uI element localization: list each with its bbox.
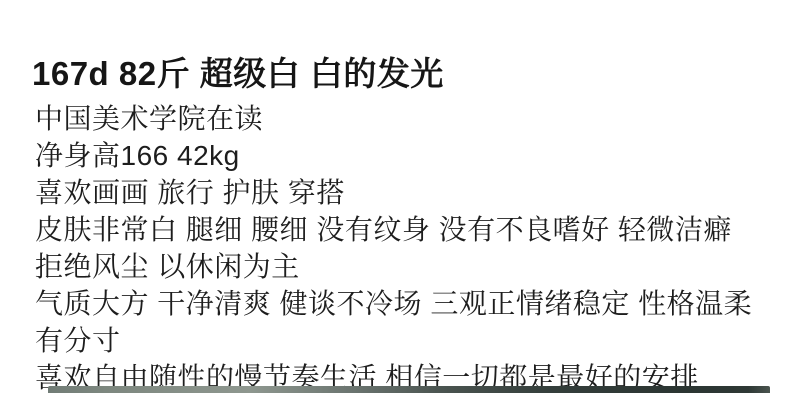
body-line: 中国美术学院在读 [35,100,782,137]
post-content: 167d 82斤 超级白 白的发光 中国美术学院在读 净身高166 42kg 喜… [0,0,800,393]
body-line: 净身高166 42kg [35,137,782,174]
body-line: 喜欢画画 旅行 护肤 穿搭 [35,174,782,211]
post-title: 167d 82斤 超级白 白的发光 [32,55,780,93]
body-line: 皮肤非常白 腿细 腰细 没有纹身 没有不良嗜好 轻微洁癖 [35,211,782,248]
body-line: 有分寸 [35,322,782,359]
body-line: 气质大方 干净清爽 健谈不冷场 三观正情绪稳定 性格温柔 [35,285,782,322]
body-line: 拒绝风尘 以休闲为主 [35,248,782,285]
post-description: 中国美术学院在读 净身高166 42kg 喜欢画画 旅行 护肤 穿搭 皮肤非常白… [35,100,782,393]
photo-top-edge [48,386,770,393]
